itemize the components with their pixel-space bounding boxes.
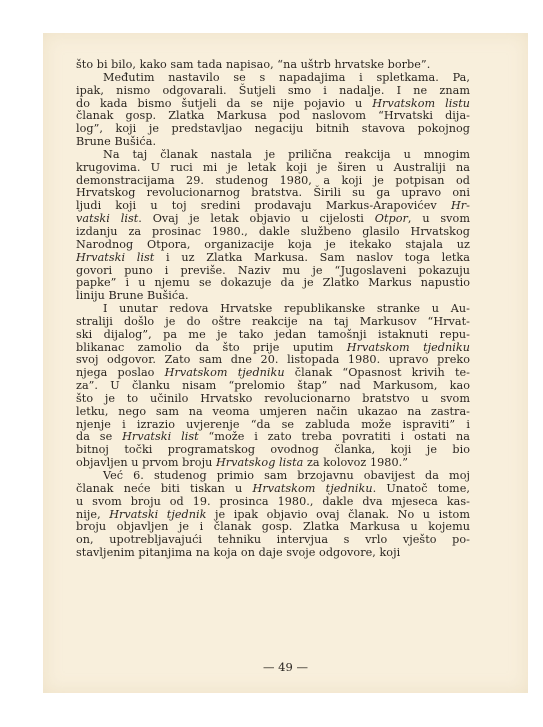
text-run: članak “Opasnost krivih te-	[285, 366, 470, 379]
text-run: “može i zato treba povratiti i ostati na	[199, 430, 470, 443]
text-run: demonstracijama 29. studenog 1980, a koj…	[76, 174, 470, 187]
text-run: liniju Brune Bušića.	[76, 289, 189, 302]
text-run: , u svom	[408, 212, 470, 225]
text-run: za kolovoz 1980.”	[303, 456, 408, 469]
text-run: I unutar redova Hrvatske republikanske s…	[103, 302, 470, 315]
text-run: ski dijalog”, pa me je tako jedan tamošn…	[76, 328, 470, 341]
text-run: objavljen u prvom broju	[76, 456, 216, 469]
text-run: on, upotrebljavajući tehniku intervjua s…	[76, 533, 470, 546]
text-line: stavljenim pitanjima na koja on daje svo…	[76, 547, 470, 560]
text-run: Na taj članak nastala je prilična reakci…	[103, 148, 470, 161]
text-run: papke” i u njemu se dokazuje da je Zlatk…	[76, 276, 470, 289]
italic-title: Hrvatskom tjedniku	[347, 341, 470, 354]
text-run: što je to učinilo Hrvatsko revolucionarn…	[76, 392, 470, 405]
text-run: stavljenim pitanjima na koja on daje svo…	[76, 546, 400, 559]
italic-title: Hrvatski tjednik	[109, 508, 206, 521]
text-run: nije,	[76, 508, 109, 521]
text-run: log”, koji je predstavljao negaciju bitn…	[76, 122, 470, 135]
paragraph: Na taj članak nastala je prilična reakci…	[76, 149, 470, 303]
page-number: — 49 —	[43, 660, 528, 674]
text-run: bitnoj točki programatskog ovodnog člank…	[76, 443, 470, 456]
text-run: straliji došlo je do oštre reakcije na t…	[76, 315, 470, 328]
paragraph: Već 6. studenog primio sam brzojavnu oba…	[76, 470, 470, 560]
text-run: članak neće biti tiskan u	[76, 482, 253, 495]
text-run: . Unatoč tome,	[373, 482, 470, 495]
text-run: Hrvatskog revolucionarnog bratstva. Širi…	[76, 186, 470, 199]
text-run: u svom broju od 19. prosinca 1980., dakl…	[76, 495, 470, 508]
text-run: što bi bilo, kako sam tada napisao, “na …	[76, 58, 430, 71]
paragraph: Međutim nastavilo se s napadajima i sple…	[76, 72, 470, 149]
text-run: letku, nego sam na veoma umjeren način u…	[76, 405, 470, 418]
italic-title: Hrvatskom listu	[372, 97, 470, 110]
italic-title: Hr-	[451, 199, 470, 212]
text-run: svoj odgovor. Zato sam dne 20. listopada…	[76, 353, 470, 366]
text-run: Već 6. studenog primio sam brzojavnu oba…	[103, 469, 470, 482]
text-run: do kada bismo šutjeli da se nije pojavio…	[76, 97, 372, 110]
text-run: za”. U članku nisam “prelomio štap” nad …	[76, 379, 470, 392]
book-page: što bi bilo, kako sam tada napisao, “na …	[43, 33, 528, 693]
text-run: izdanju za prosinac 1980., dakle služben…	[76, 225, 470, 238]
text-run: Narodnog Otpora, organizacije koja je it…	[76, 238, 470, 251]
text-run: Međutim nastavilo se s napadajima i sple…	[103, 71, 470, 84]
italic-title: Hrvatski list	[122, 430, 199, 443]
text-run: njenje i izrazio uvjerenje “da se zablud…	[76, 418, 470, 431]
italic-title: Hrvatskom tjedniku	[253, 482, 373, 495]
text-run: broju objavljen je i članak gosp. Zlatka…	[76, 520, 470, 533]
text-run: i uz Zlatka Markusa. Sam naslov toga let…	[154, 251, 470, 264]
text-run: . Ovaj je letak objavio u cijelosti	[138, 212, 374, 225]
paragraph: I unutar redova Hrvatske republikanske s…	[76, 303, 470, 470]
text-run: njega poslao	[76, 366, 165, 379]
italic-title: Hrvatski list	[76, 251, 154, 264]
text-run: ipak, nismo odgovarali. Šutjeli smo i na…	[76, 84, 470, 97]
text-run: je ipak objavio ovaj članak. No u istom	[206, 508, 470, 521]
text-run: krugovima. U ruci mi je letak koji je ši…	[76, 161, 470, 174]
text-run: ljudi koji u toj sredini prodavaju Marku…	[76, 199, 451, 212]
text-run: da se	[76, 430, 122, 443]
body-text: što bi bilo, kako sam tada napisao, “na …	[76, 59, 470, 560]
text-run: članak gosp. Zlatka Markusa pod naslovom…	[76, 109, 470, 122]
italic-title: Otpor	[375, 212, 408, 225]
italic-title: Hrvatskom tjedniku	[165, 366, 285, 379]
italic-title: vatski list	[76, 212, 138, 225]
italic-title: Hrvatskog lista	[216, 456, 303, 469]
text-run: blikanac zamolio da što prije uputim	[76, 341, 347, 354]
text-run: Brune Bušića.	[76, 135, 156, 148]
text-run: govori puno i previše. Naziv mu je “Jugo…	[76, 264, 470, 277]
